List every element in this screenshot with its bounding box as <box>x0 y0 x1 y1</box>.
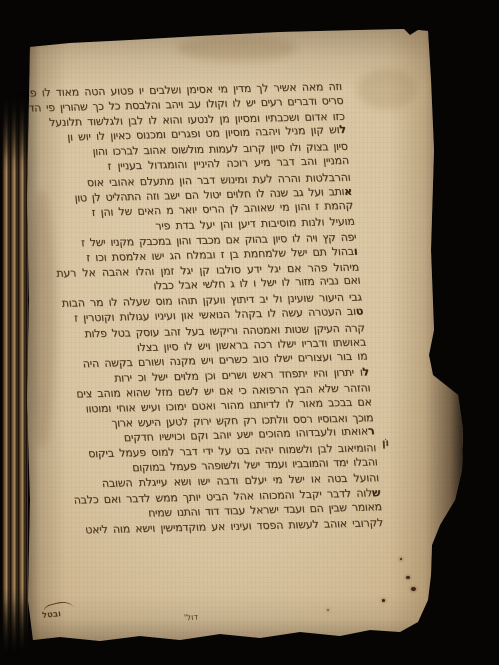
main-text-block: וזה מאה אשיר לך מדין מי אסימן ושלבים יו … <box>38 78 384 537</box>
ink-speck <box>406 576 410 579</box>
bottom-margin-mark: דול' <box>184 613 199 624</box>
book-gutter-page-edges <box>2 94 28 654</box>
wormhole-speck <box>411 587 416 591</box>
parchment-stain <box>357 69 417 109</box>
photo-stage: וזה מאה אשיר לך מדין מי אסימן ושלבים יו … <box>0 0 499 665</box>
margin-annotation: וֹן <box>382 438 389 449</box>
parchment-stain <box>177 35 297 61</box>
manuscript-page: וזה מאה אשיר לך מדין מי אסימן ושלבים יו … <box>27 29 468 643</box>
ink-speck <box>382 599 385 602</box>
bottom-margin-catchword: ובטל <box>42 609 62 621</box>
ink-speck <box>327 609 329 611</box>
ink-speck <box>400 558 402 560</box>
